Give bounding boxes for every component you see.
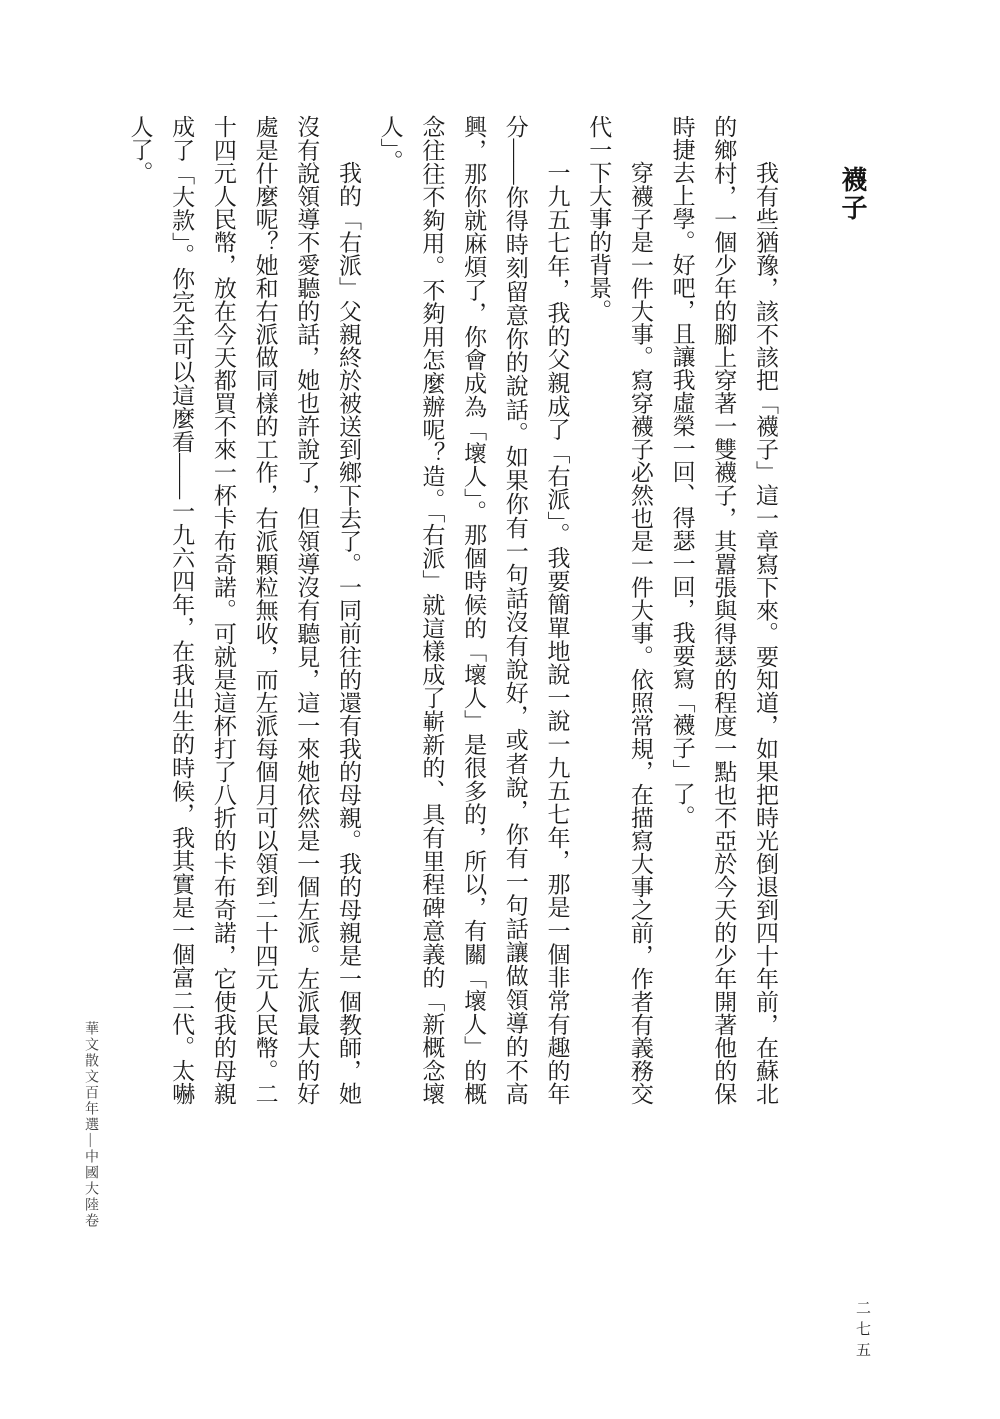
essay-body: 我有些猶豫，該不該把「襪子」這一章寫下來。要知道，如果把時光倒退到四十年前，在蘇…: [118, 115, 786, 1105]
page-number: 二七五: [852, 1300, 873, 1363]
book-series-caption: 華文散文百年選—中國大陸卷: [80, 1021, 100, 1229]
body-paragraph: 穿襪子是一件大事。寫穿襪子必然也是一件大事。依照常規，在描寫大事之前，作者有義務…: [577, 115, 660, 1105]
page-title: 襪子: [834, 166, 871, 222]
book-page: 襪子 我有些猶豫，該不該把「襪子」這一章寫下來。要知道，如果把時光倒退到四十年前…: [0, 0, 1000, 1419]
body-paragraph: 我有些猶豫，該不該把「襪子」這一章寫下來。要知道，如果把時光倒退到四十年前，在蘇…: [661, 115, 786, 1105]
body-paragraph: 我的「右派」父親終於被送到鄉下去了。一同前往的還有我的母親。我的母親是一個教師，…: [119, 115, 369, 1105]
body-paragraph: 一九五七年，我的父親成了「右派」。我要簡單地說一說一九五七年，那是一個非常有趣的…: [369, 115, 578, 1105]
